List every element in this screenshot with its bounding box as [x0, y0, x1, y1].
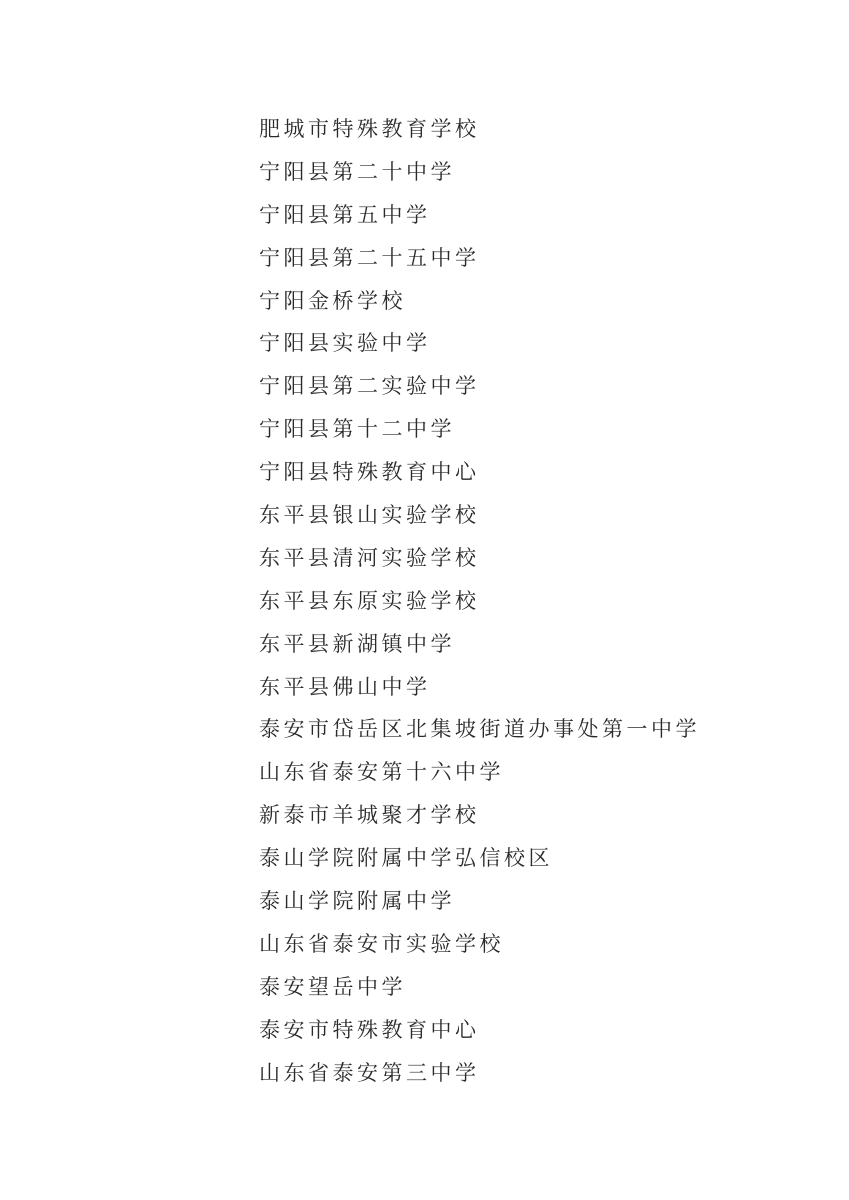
list-item: 宁阳金桥学校 — [259, 280, 700, 323]
list-item: 宁阳县第十二中学 — [259, 408, 700, 451]
list-item: 宁阳县第五中学 — [259, 194, 700, 237]
list-item: 东平县佛山中学 — [259, 666, 700, 709]
list-item: 泰安市特殊教育中心 — [259, 1009, 700, 1052]
school-list: 肥城市特殊教育学校 宁阳县第二十中学 宁阳县第五中学 宁阳县第二十五中学 宁阳金… — [259, 108, 700, 1094]
list-item: 泰山学院附属中学弘信校区 — [259, 837, 700, 880]
list-item: 宁阳县特殊教育中心 — [259, 451, 700, 494]
list-item: 泰安望岳中学 — [259, 966, 700, 1009]
list-item: 东平县清河实验学校 — [259, 537, 700, 580]
list-item: 山东省泰安第十六中学 — [259, 751, 700, 794]
list-item: 东平县银山实验学校 — [259, 494, 700, 537]
list-item: 宁阳县第二实验中学 — [259, 365, 700, 408]
list-item: 泰安市岱岳区北集坡街道办事处第一中学 — [259, 708, 700, 751]
list-item: 山东省泰安市实验学校 — [259, 923, 700, 966]
list-item: 宁阳县第二十五中学 — [259, 237, 700, 280]
list-item: 肥城市特殊教育学校 — [259, 108, 700, 151]
list-item: 泰山学院附属中学 — [259, 880, 700, 923]
list-item: 东平县新湖镇中学 — [259, 623, 700, 666]
list-item: 山东省泰安第三中学 — [259, 1052, 700, 1095]
list-item: 宁阳县第二十中学 — [259, 151, 700, 194]
document-page: 肥城市特殊教育学校 宁阳县第二十中学 宁阳县第五中学 宁阳县第二十五中学 宁阳金… — [0, 0, 849, 1200]
list-item: 新泰市羊城聚才学校 — [259, 794, 700, 837]
list-item: 宁阳县实验中学 — [259, 322, 700, 365]
list-item: 东平县东原实验学校 — [259, 580, 700, 623]
